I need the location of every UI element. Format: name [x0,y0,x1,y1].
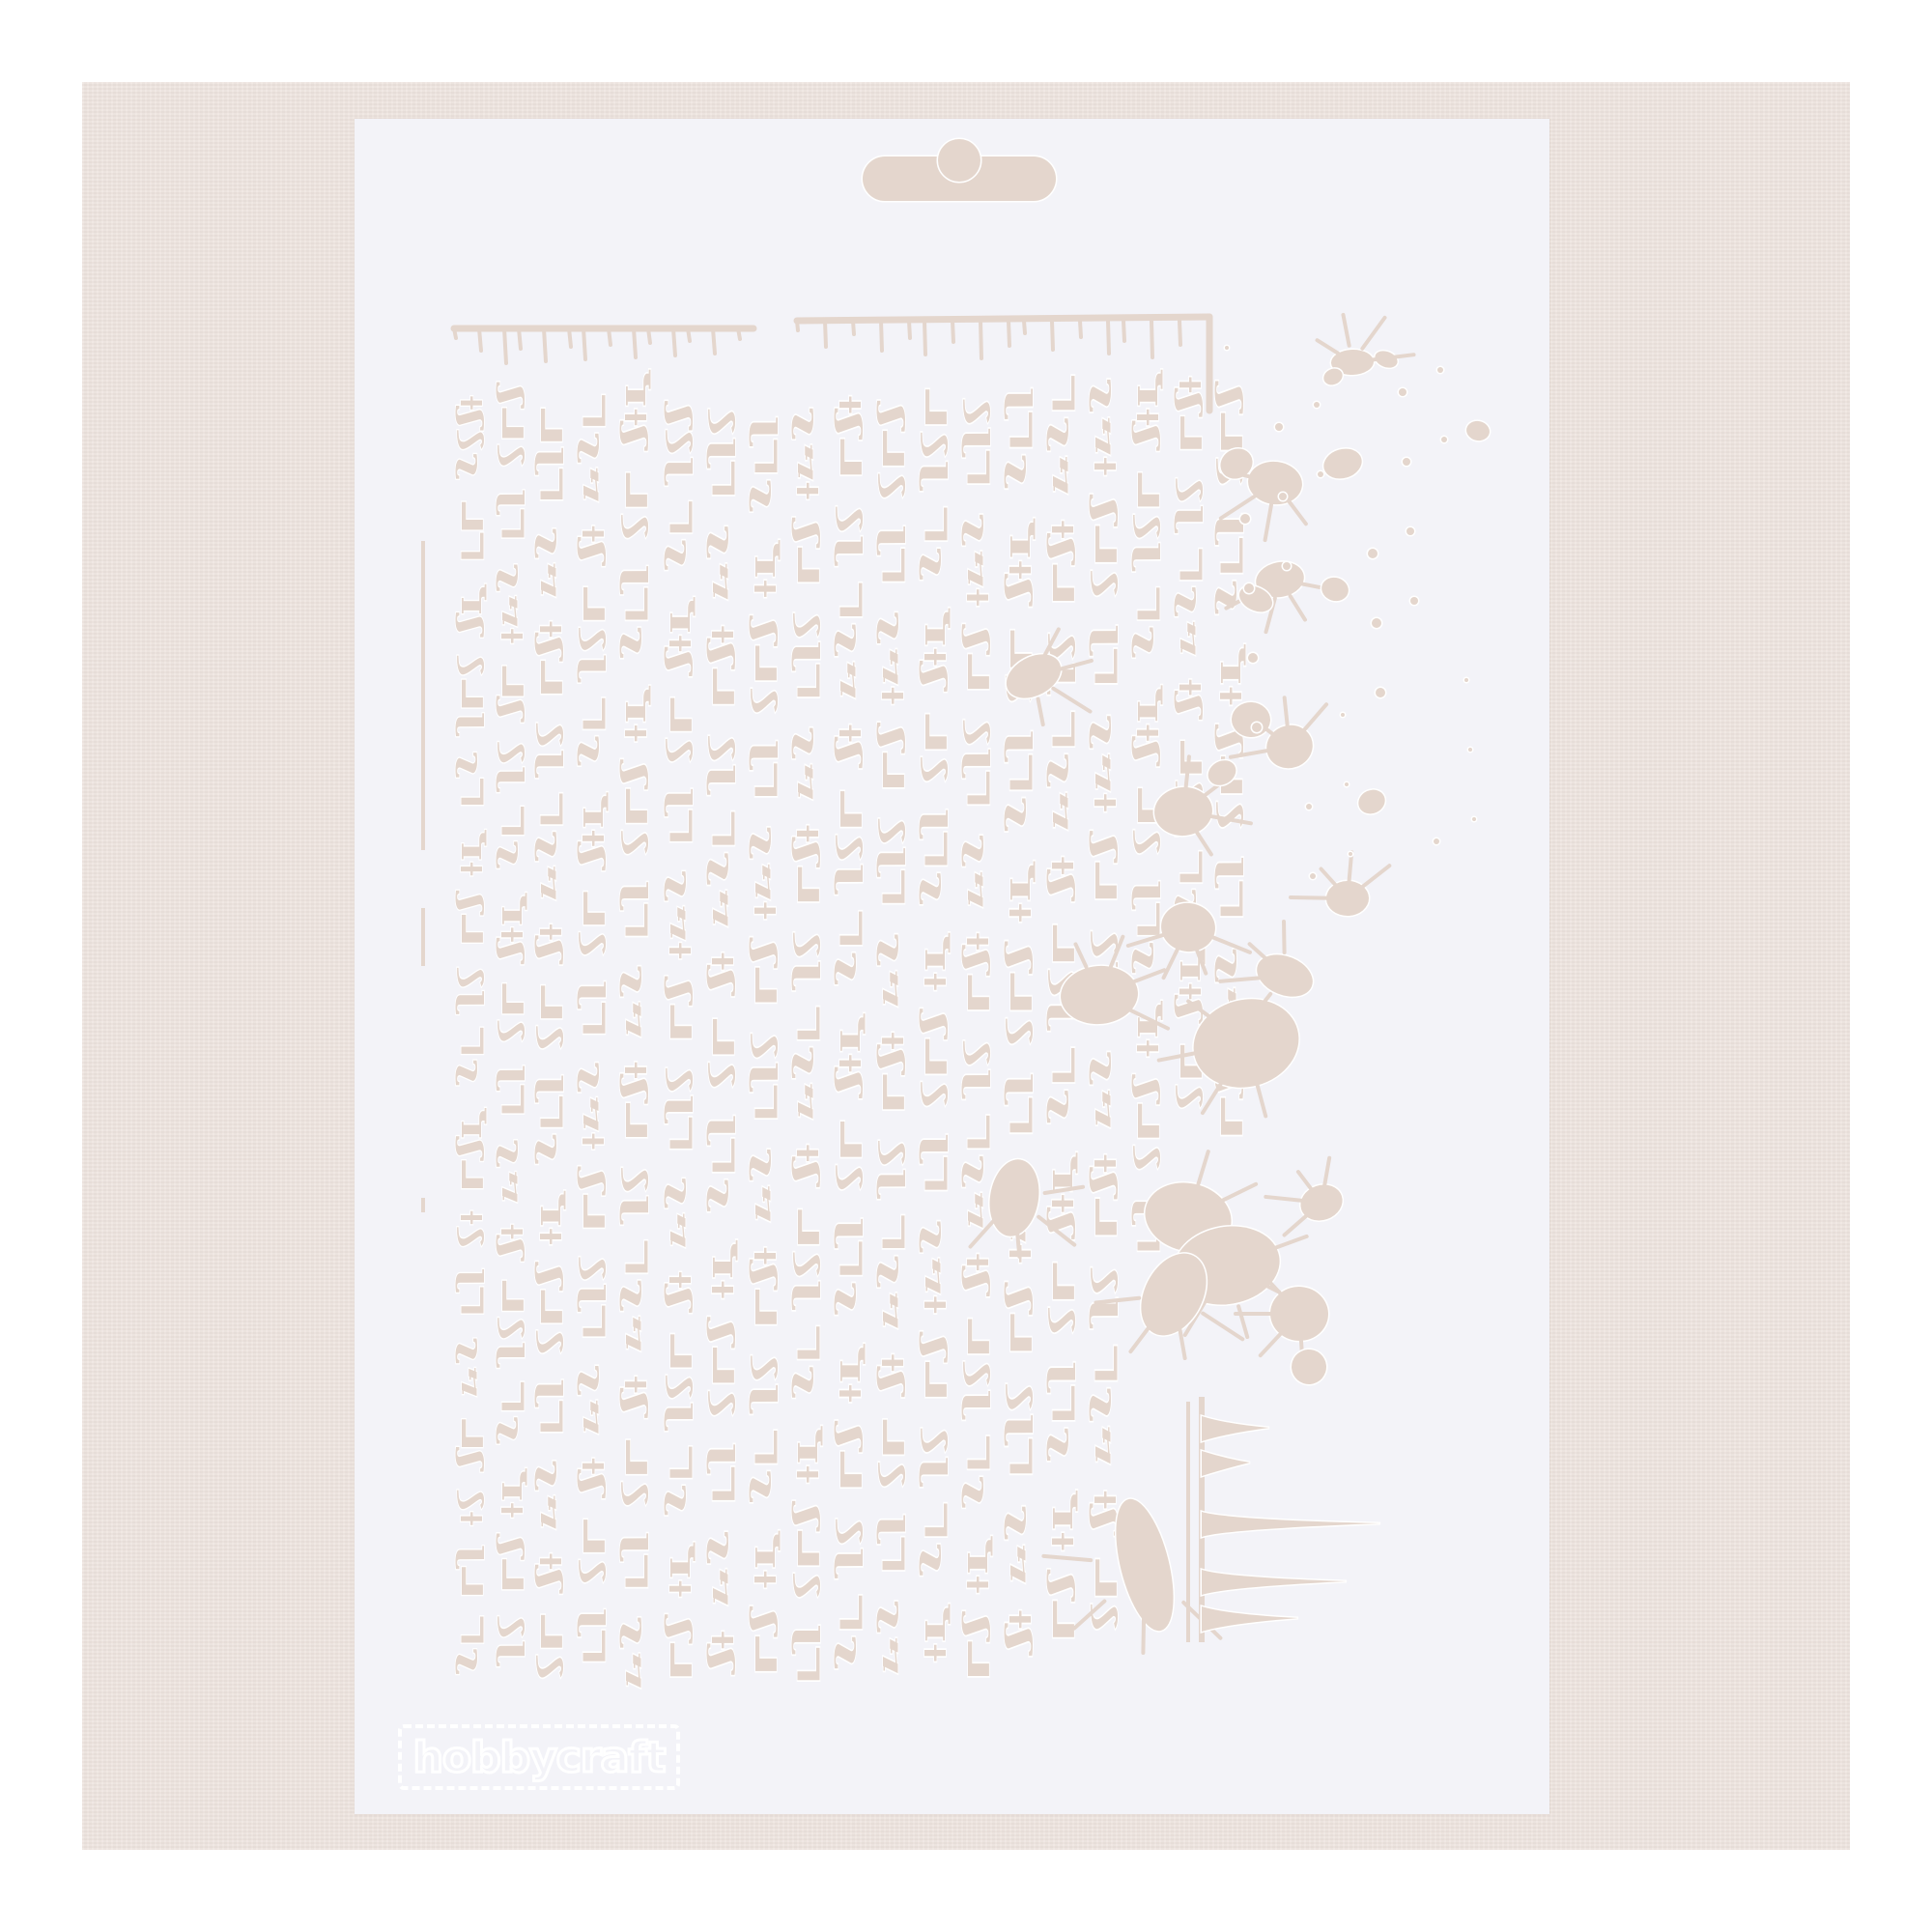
svg-text:⟆ɭꓶ ʅⴈ⟊ ʃ⅃ ⟆ɭꓶ ʅⴈ ⟊ʃ⅃ ⟆ɭ ꓶʅⴈ ⟊: ⟆ɭꓶ ʅⴈ⟊ ʃ⅃ ⟆ɭꓶ ʅⴈ ⟊ʃ⅃ ⟆ɭ ꓶʅⴈ ⟊ʃ ⅃⟆ɭ ꓶʅ Ⴈ… [960,396,994,1681]
brand-logo-text: hobbycraft [413,1733,666,1782]
stencil-cutouts: ⟊ʃ⟆ʅ ⅃ꓶ Ⴈʃ ⟆⅃ɭ ʅꓶ Ⴈ⟊ ʃ⅃ ⟆ɭ ꓶʅ Ⴈʃ⅃ ⟊⟆ ɭꓶ … [0,0,1932,1932]
svg-text:⟊ʃ⟆ʅ ⅃ꓶ Ⴈʃ ⟆⅃ɭ ʅꓶ Ⴈ⟊ ʃ⅃ ⟆ɭ ꓶʅ: ⟊ʃ⟆ʅ ⅃ꓶ Ⴈʃ ⟆⅃ɭ ʅꓶ Ⴈ⟊ ʃ⅃ ⟆ɭ ꓶʅ Ⴈʃ⅃ ⟊⟆ ɭꓶ … [454,396,488,1676]
script-text-columns: ⟊ʃ⟆ʅ ⅃ꓶ Ⴈʃ ⟆⅃ɭ ʅꓶ Ⴈ⟊ ʃ⅃ ⟆ɭ ꓶʅ Ⴈʃ⅃ ⟊⟆ ɭꓶ … [454,367,1247,1690]
svg-text:⅃ɭꓶ ʅⴈ ⟊ʃ⅃ ⟆ɭ ꓶʅⴈ ⟊ʃ ⅃⟆ ɭꓶʅ Ⴈ⟊: ⅃ɭꓶ ʅⴈ ⟊ʃ⅃ ⟆ɭ ꓶʅⴈ ⟊ʃ ⅃⟆ ɭꓶʅ Ⴈ⟊ ʃ⅃⟆ ɭꓶ ʅⴈ… [533,406,567,1681]
svg-text:ꓶʅⴈ ⟊ʃ ⅃⟆ɭ ꓶʅ Ⴈ⟊ʃ ⅃⟆ ɭꓶ ʅⴈ⟊ ʃ⅃: ꓶʅⴈ ⟊ʃ ⅃⟆ɭ ꓶʅ Ⴈ⟊ʃ ⅃⟆ ɭꓶ ʅⴈ⟊ ʃ⅃ ⟆ɭꓶ ʅⴈ ⟊ʃ… [576,394,610,1666]
svg-text:ɭꓶʅ Ⴈ⟊ʃ ⅃⟆ ɭꓶʅ Ⴈ⟊ ʃ⅃⟆ ɭꓶ ʅⴈ⟊ ʃ: ɭꓶʅ Ⴈ⟊ʃ ⅃⟆ ɭꓶʅ Ⴈ⟊ ʃ⅃⟆ ɭꓶ ʅⴈ⟊ ʃ⅃ ⟆ɭꓶ ʅⴈ ⟊… [1003,386,1037,1657]
svg-text:⟆ɭꓶ ʅⴈ ⟊ʃ⅃ ⟆ɭ ꓶʅⴈ ⟊ʃ ⅃⟆ ɭꓶʅ Ⴈ⟊: ⟆ɭꓶ ʅⴈ ⟊ʃ⅃ ⟆ɭ ꓶʅⴈ ⟊ʃ ⅃⟆ ɭꓶʅ Ⴈ⟊ ʃ⅃⟆ ɭꓶ ʅⴈ… [705,406,739,1676]
svg-text:Ⴈ⟊ʃ ⅃⟆ ɭꓶʅ Ⴈ⟊ ʃ⅃⟆ ɭꓶ ʅⴈ ⟊ʃ⅃ ⟆ɭ: Ⴈ⟊ʃ ⅃⟆ ɭꓶʅ Ⴈ⟊ ʃ⅃⟆ ɭꓶ ʅⴈ ⟊ʃ⅃ ⟆ɭ ꓶʅⴈ ⟊ʃ ⅃⟆… [618,367,652,1690]
svg-text:ʅⴈ⟊ ʃ⅃ ⟆ɭꓶ ʅⴈ ⟊ʃ⅃ ⟆ɭ ꓶʅⴈ ⟊ʃ ⅃⟆: ʅⴈ⟊ ʃ⅃ ⟆ɭꓶ ʅⴈ ⟊ʃ⅃ ⟆ɭ ꓶʅⴈ ⟊ʃ ⅃⟆ɭ ꓶʅ Ⴈ⟊ ʃ⅃… [790,406,824,1686]
svg-text:ʃ⅃⟆ ɭꓶ ʅⴈ⟊ ʃ⅃ ⟆ɭꓶ ʅⴈ ⟊ʃ⅃ ⟆ɭ ꓶʅ: ʃ⅃⟆ ɭꓶ ʅⴈ⟊ ʃ⅃ ⟆ɭꓶ ʅⴈ ⟊ʃ⅃ ⟆ɭ ꓶʅⴈ ⟊ʃ ⅃⟆ ɭꓶ… [875,399,909,1676]
svg-text:ʃ⟆ɭ ꓶʅ Ⴈ⟊ʃ ⅃⟆ ɭꓶ ʅⴈ⟊ ʃ⅃ ⟆ɭꓶ ʅⴈ: ʃ⟆ɭ ꓶʅ Ⴈ⟊ʃ ⅃⟆ ɭꓶ ʅⴈ⟊ ʃ⅃ ⟆ɭꓶ ʅⴈ ⟊ʃ ⅃⟆ɭ ꓶʅ… [663,399,696,1681]
svg-text:ʃ⅃⟆ ɭꓶ ʅⴈ⟊ ⅃ʃ ⟆ɭ ꓶʅ Ⴈ⟊ʃ ⅃⟆ ɭꓶ: ʃ⅃⟆ ɭꓶ ʅⴈ⟊ ⅃ʃ ⟆ɭ ꓶʅ Ⴈ⟊ʃ ⅃⟆ ɭꓶ ʅⴈ ⟊ʃ ⅃⟆ɭ … [495,381,528,1666]
svg-text:⅃⟆ɭ ꓶʅ Ⴈ⟊ʃ ⅃⟆ ɭꓶʅ Ⴈ⟊ ʃ⅃⟆ ɭꓶ ʅⴈ: ⅃⟆ɭ ꓶʅ Ⴈ⟊ʃ ⅃⟆ ɭꓶʅ Ⴈ⟊ ʃ⅃⟆ ɭꓶ ʅⴈ⟊ ʃ⅃ ⟆ɭ ꓶʅ… [918,386,952,1662]
svg-text:ɭꓶʅ Ⴈ⟊ ʃ⅃⟆ ɭꓶ ʅⴈ⟊ ʃ⅃ ⟆ɭꓶ ʅⴈ ⟊ʃ: ɭꓶʅ Ⴈ⟊ ʃ⅃⟆ ɭꓶ ʅⴈ⟊ ʃ⅃ ⟆ɭꓶ ʅⴈ ⟊ʃ⅃ ⟆ɭ ꓶʅ Ⴈ⟊… [748,415,781,1676]
drip-line-cutouts [1188,1397,1380,1642]
svg-text:⟊ʃ⅃ ⟆ɭ ꓶʅⴈ ⟊ʃ ⅃⟆ɭ ꓶʅ Ⴈ⟊ʃ ⅃⟆ ɭꓶ: ⟊ʃ⅃ ⟆ɭ ꓶʅⴈ ⟊ʃ ⅃⟆ɭ ꓶʅ Ⴈ⟊ʃ ⅃⟆ ɭꓶʅ Ⴈ⟊ ʃ⅃ ⟆ɭ… [833,396,867,1671]
brand-logo: hobbycraft [398,1724,680,1790]
hang-tab-cutout [863,139,1056,201]
